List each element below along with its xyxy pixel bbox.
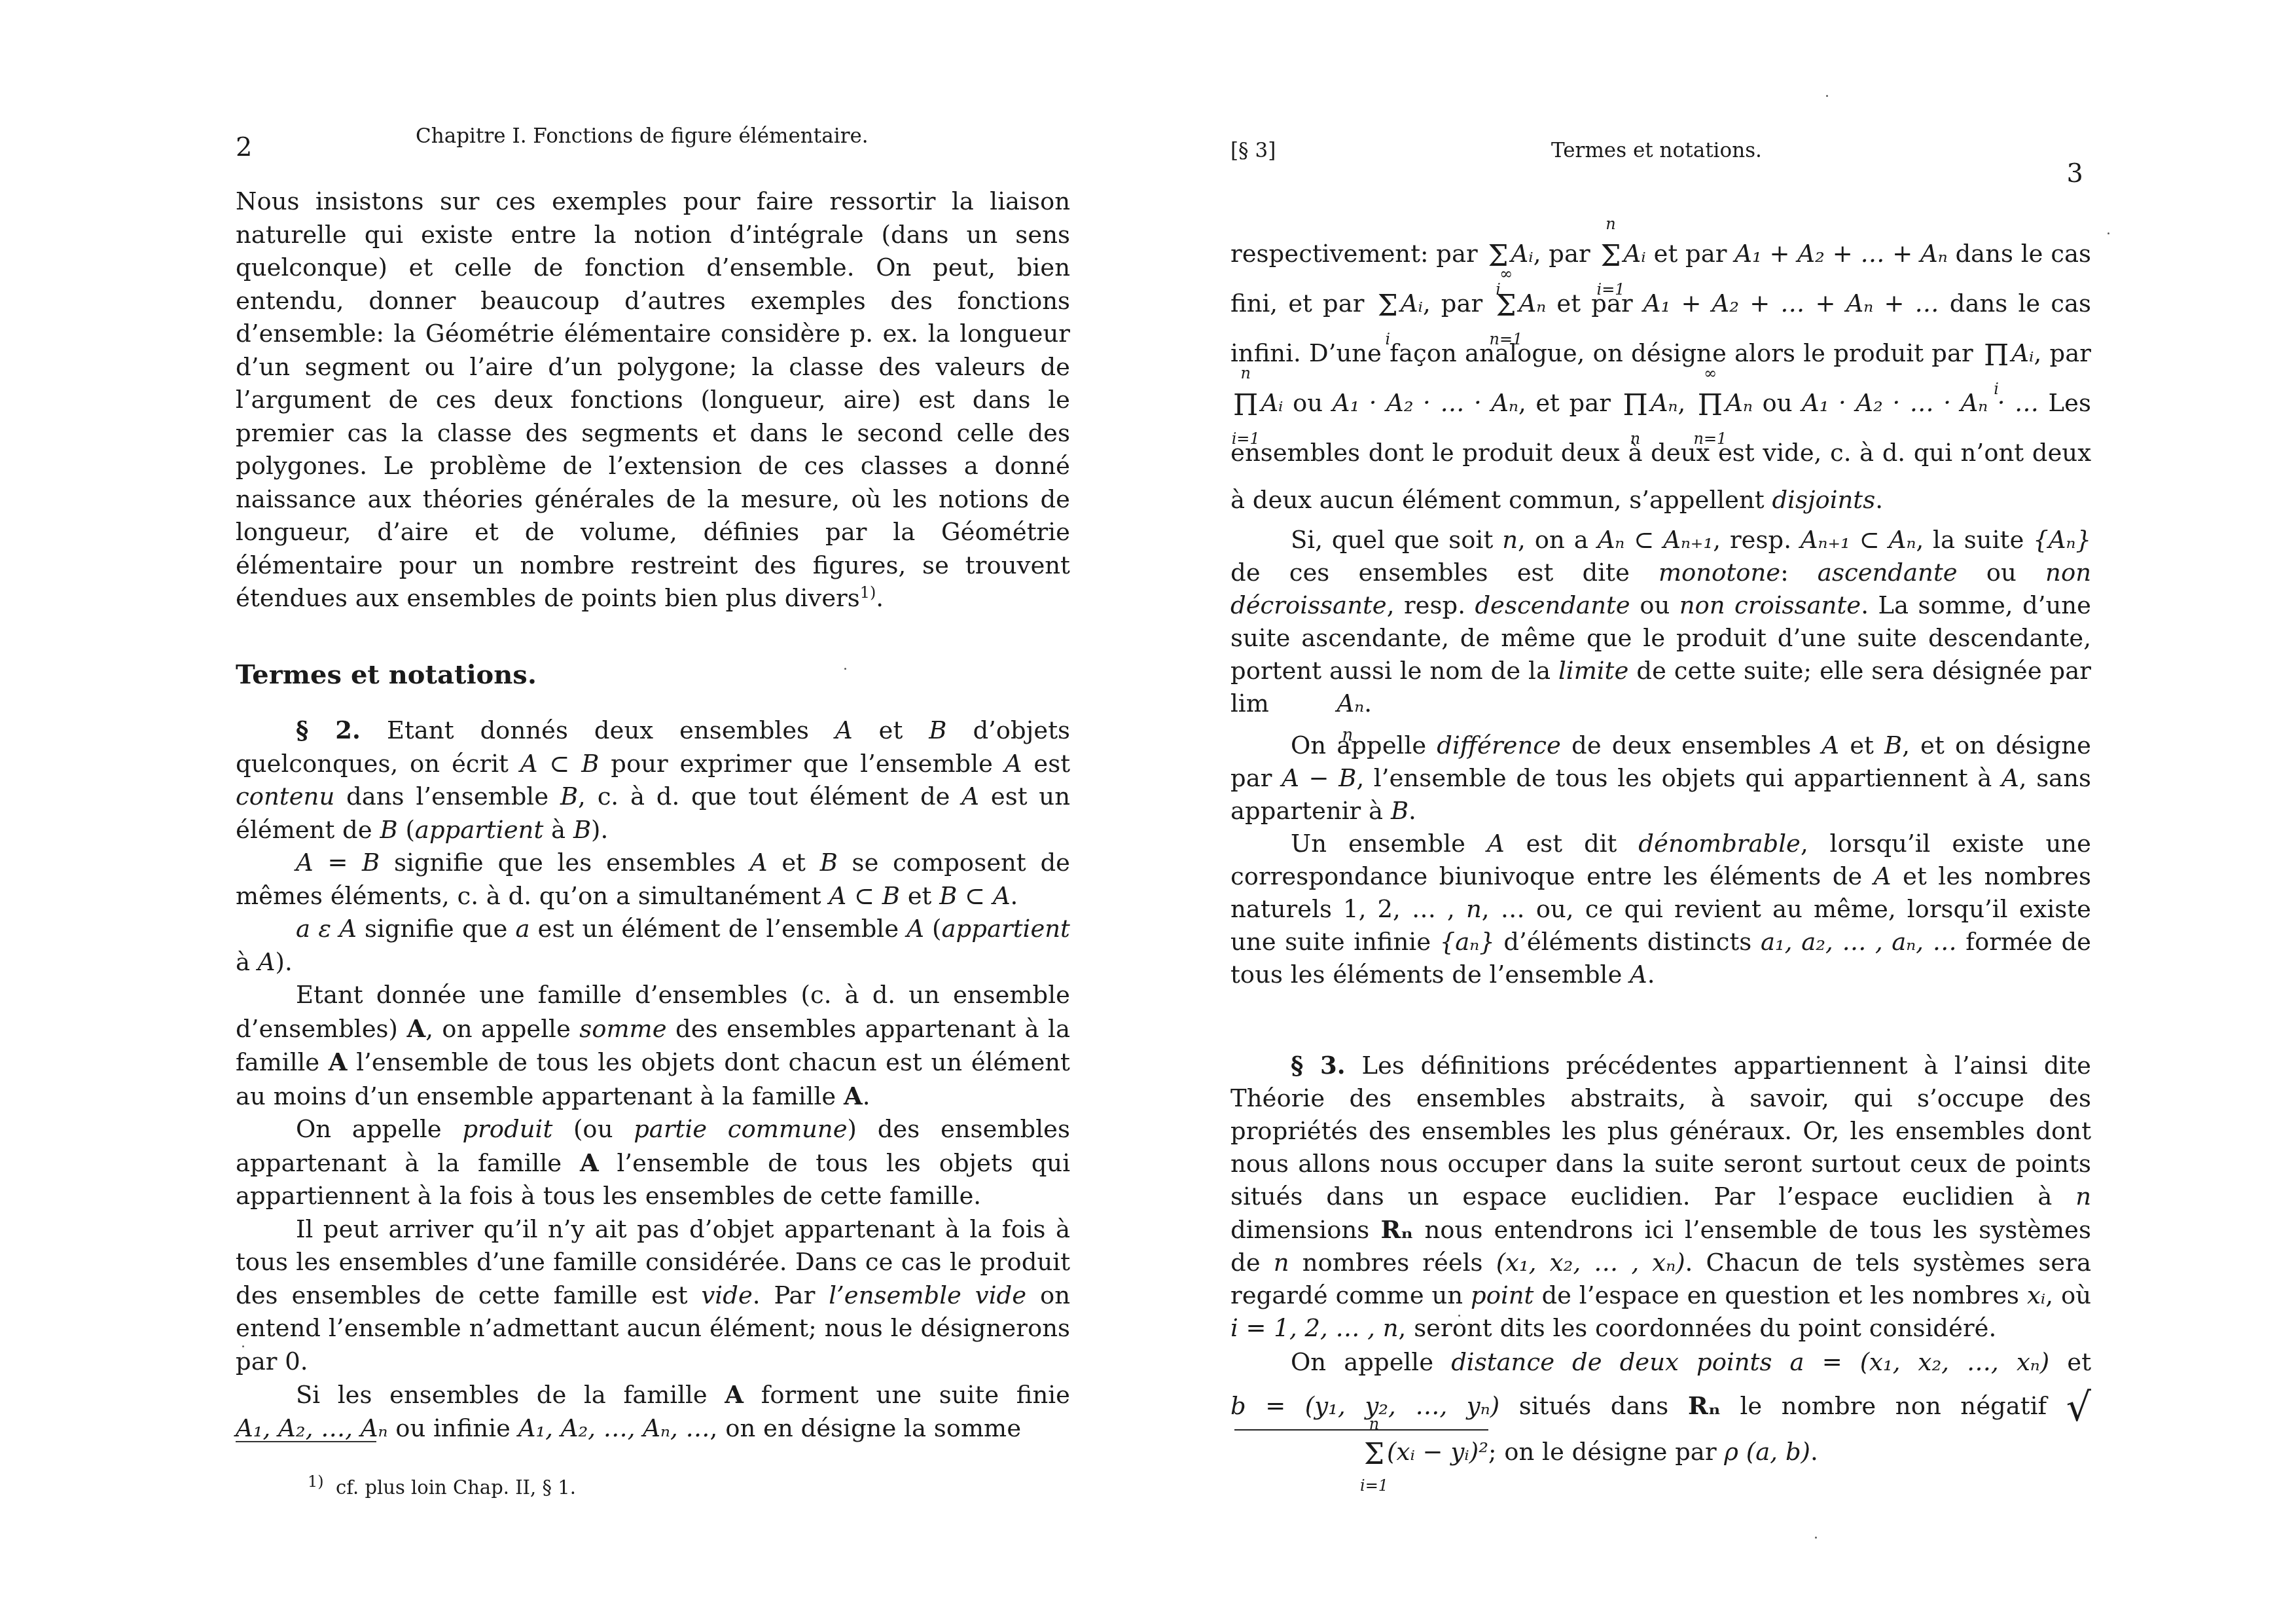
- paragraph-denombrable: Un ensemble A est dit dénombrable, lorsq…: [1230, 828, 2091, 991]
- product-symbol: Πi: [1984, 333, 2009, 380]
- footnote-divider: [236, 1441, 376, 1442]
- sqrt-symbol: √: [2066, 1385, 2091, 1431]
- footnote-ref: 1): [860, 583, 876, 602]
- sum-symbol: nΣi=1: [1304, 1433, 1384, 1476]
- product-symbol: nΠi=1: [1233, 382, 1258, 429]
- sum-symbol: Σi: [1378, 283, 1398, 330]
- scan-speck: [1815, 1537, 1817, 1539]
- paragraph-difference: On appelle différence de deux ensembles …: [1230, 729, 2091, 828]
- right-body: respectivement: par ΣiAᵢ, par nΣi=1Aᵢ et…: [1230, 230, 2091, 1476]
- paragraph-s3: § 3. Les définitions précédentes apparti…: [1230, 1049, 2091, 1345]
- paragraph-suite: Si les ensembles de la famille A forment…: [236, 1378, 1070, 1445]
- left-body: Nous insistons sur ces exemples pour fai…: [236, 185, 1070, 1445]
- product-symbol: Πn: [1623, 382, 1647, 429]
- paragraph-produit: On appelle produit (ou partie commune) d…: [236, 1113, 1070, 1213]
- product-symbol: ∞Πn=1: [1698, 382, 1723, 429]
- paragraph-vide: Il peut arriver qu’il n’y ait pas d’obje…: [236, 1213, 1070, 1379]
- intro-paragraph: Nous insistons sur ces exemples pour fai…: [236, 185, 1070, 615]
- paragraph-equality: A = B signifie que les ensembles A et B …: [236, 847, 1070, 913]
- paragraph-membership: a ε A signifie que a est un élément de l…: [236, 913, 1070, 979]
- scan-speck: [844, 668, 846, 670]
- running-head-left: 2 Chapitre I. Fonctions de figure élémen…: [236, 124, 1070, 164]
- section-ref: [§ 3]: [1230, 139, 1276, 162]
- sum-symbol: ∞Σn=1: [1496, 283, 1516, 330]
- paragraph-s2: § 2. Etant donnés deux ensembles A et B …: [236, 714, 1070, 847]
- footnote: 1) cf. plus loin Chap. II, § 1.: [308, 1476, 576, 1499]
- paragraph-sums-products: respectivement: par ΣiAᵢ, par nΣi=1Aᵢ et…: [1230, 230, 2091, 524]
- scan-speck: [1458, 1315, 1460, 1317]
- scan-speck: [242, 1345, 244, 1347]
- running-title: Termes et notations.: [1551, 139, 1762, 162]
- scan-speck: [1826, 95, 1828, 97]
- scan-speck: [2108, 232, 2109, 234]
- page-number: 3: [2067, 158, 2083, 189]
- running-title: Chapitre I. Fonctions de figure élémenta…: [416, 124, 869, 148]
- running-head-right: [§ 3] Termes et notations. 3: [1230, 139, 2091, 178]
- paragraph-distance: On appelle distance de deux points a = (…: [1230, 1341, 2091, 1476]
- page-number: 2: [236, 132, 252, 162]
- section-heading: Termes et notations.: [236, 659, 1070, 692]
- paragraph-monotone: Si, quel que soit n, on a Aₙ ⊂ Aₙ₊₁, res…: [1230, 524, 2091, 720]
- sum-symbol: nΣi=1: [1600, 233, 1621, 280]
- paragraph-somme: Etant donnée une famille d’ensembles (c.…: [236, 979, 1070, 1113]
